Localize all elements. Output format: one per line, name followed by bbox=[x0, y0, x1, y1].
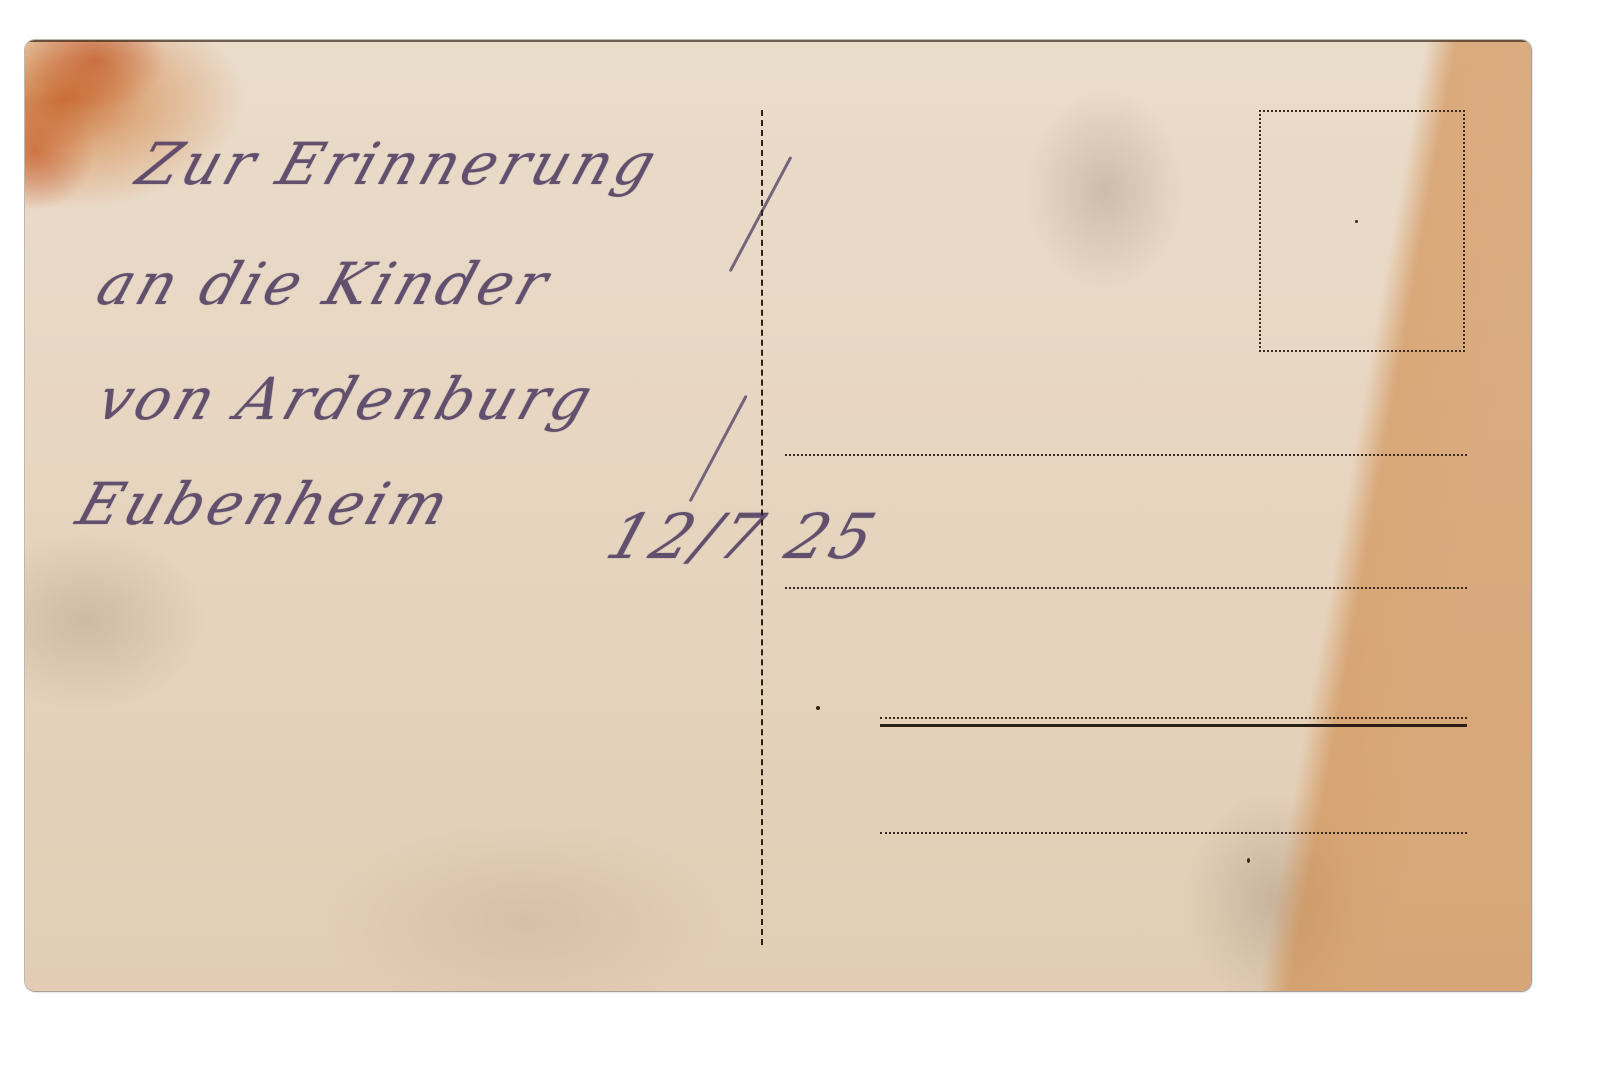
paper-speck bbox=[1355, 220, 1358, 223]
paper-speck bbox=[1247, 858, 1250, 863]
card-edge bbox=[25, 40, 1531, 42]
message-line-2: an die Kinder bbox=[89, 250, 560, 318]
paper-speck bbox=[816, 706, 820, 710]
address-line-3-dotted bbox=[880, 717, 1467, 719]
message-address-divider bbox=[761, 110, 763, 945]
address-line-1 bbox=[785, 454, 1467, 456]
message-line-4: Eubenheim bbox=[69, 470, 461, 538]
message-date: 12/7 25 bbox=[598, 500, 888, 573]
flourish-stroke bbox=[689, 395, 748, 502]
postcard: Zur Erinnerung an die Kinder von Ardenbu… bbox=[25, 40, 1531, 991]
address-line-2 bbox=[785, 587, 1467, 589]
stamp-box bbox=[1259, 110, 1465, 352]
message-line-3: von Ardenburg bbox=[89, 365, 604, 433]
scan-background: Zur Erinnerung an die Kinder von Ardenbu… bbox=[0, 0, 1600, 1070]
address-line-4 bbox=[880, 832, 1467, 834]
address-line-3-solid bbox=[880, 724, 1467, 727]
handwritten-message: Zur Erinnerung an die Kinder von Ardenbu… bbox=[80, 100, 860, 600]
message-line-1: Zur Erinnerung bbox=[129, 130, 668, 198]
